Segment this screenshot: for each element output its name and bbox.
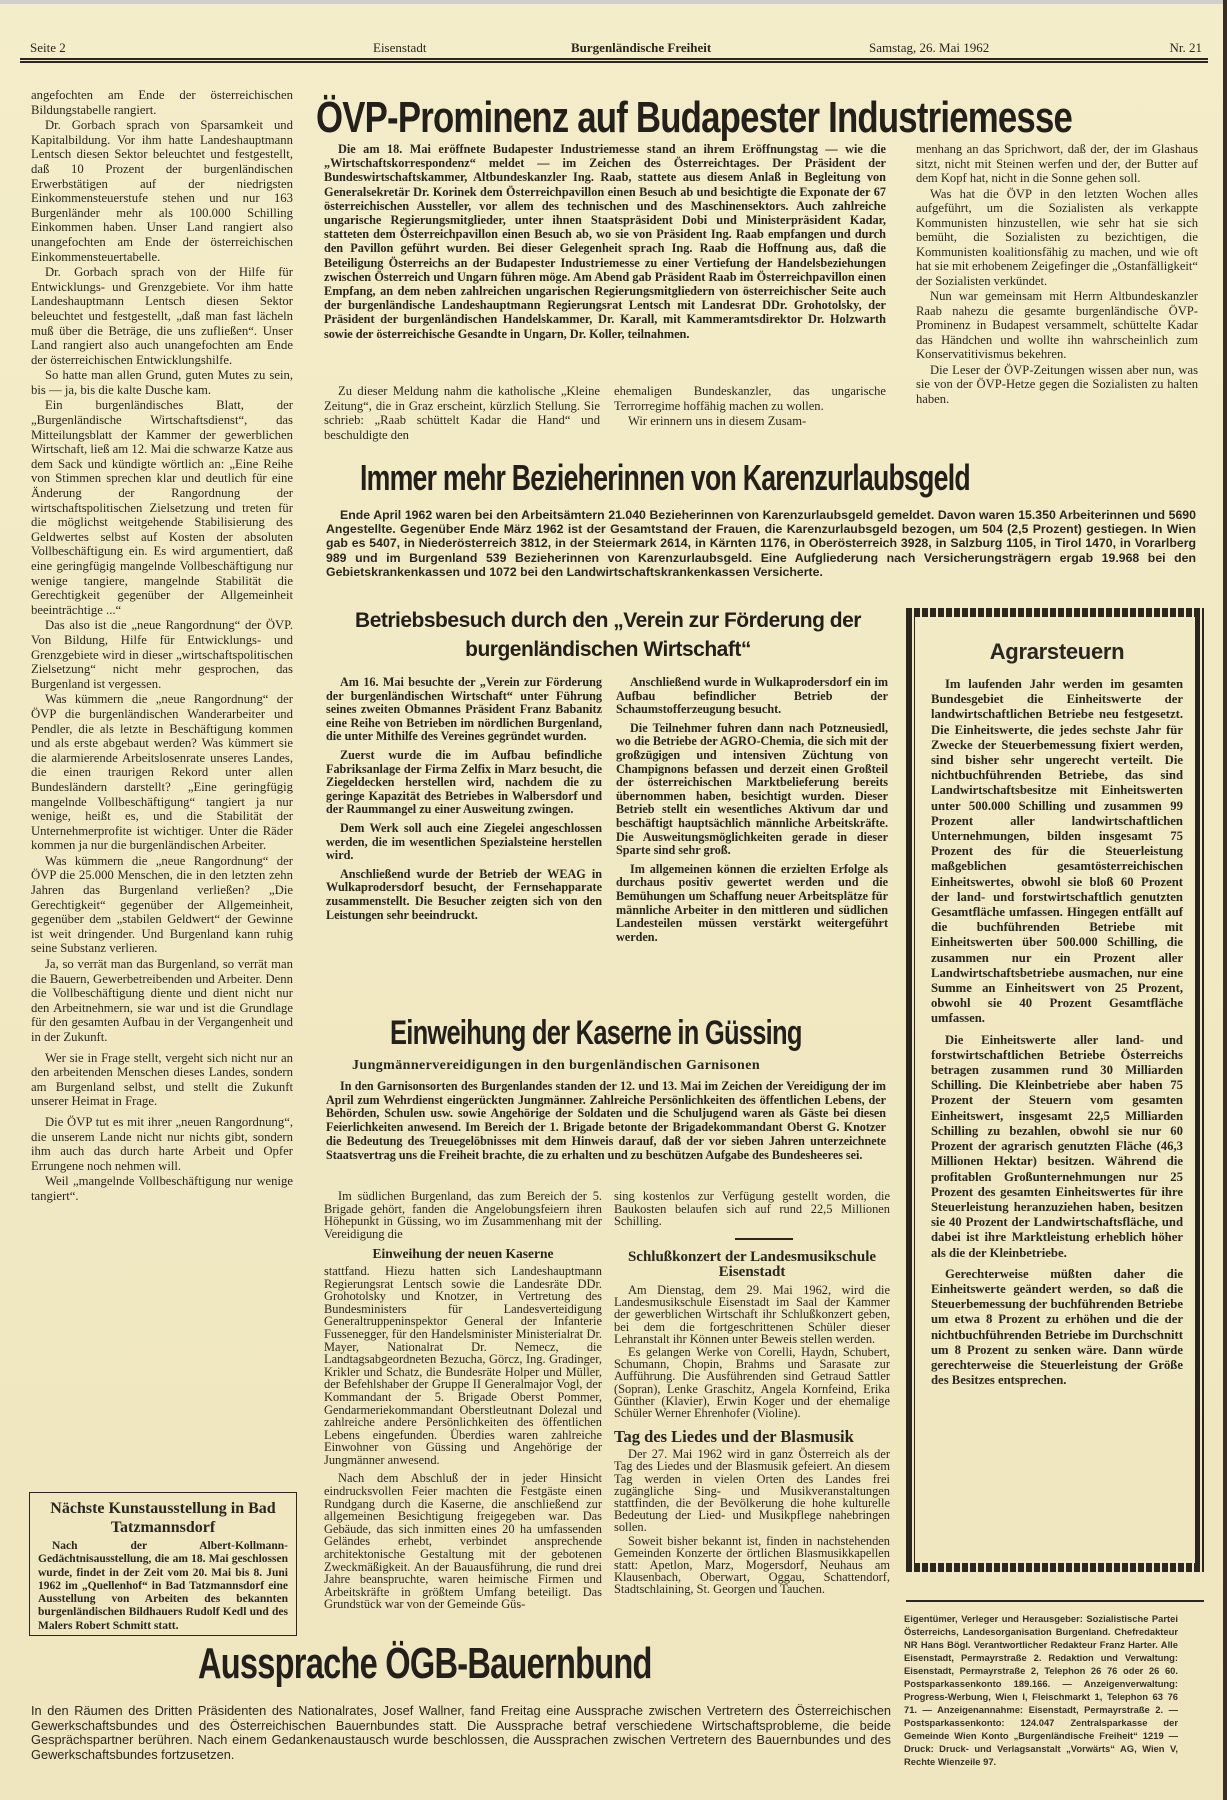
paragraph: Wir erinnern uns in diesem Zusam- (614, 414, 886, 429)
kunstausstellung-box: Nächste Kunstausstellung in Bad Tatzmann… (29, 1492, 297, 1636)
issue-number: Nr. 21 (1170, 40, 1203, 56)
separator-rule (735, 1238, 793, 1240)
paragraph: Dr. Gorbach sprach von der Hilfe für Ent… (31, 265, 293, 367)
paragraph: Soweit bisher bekannt ist, finden in nac… (614, 1535, 890, 1596)
impressum-text: Eigentümer, Verleger und Herausgeber: So… (904, 1612, 1178, 1768)
paragraph: Was hat die ÖVP in den letzten Wochen al… (916, 187, 1198, 289)
masthead: Seite 2 Eisenstadt Burgenländische Freih… (30, 40, 1202, 60)
konzert-and-lied-column: Schlußkonzert der Landesmusikschule Eise… (614, 1250, 890, 1597)
headline-tag-des-liedes: Tag des Liedes und der Blasmusik (614, 1429, 890, 1444)
paragraph: Es gelangen Werke von Corelli, Haydn, Sc… (614, 1346, 890, 1419)
paragraph: stattfand. Hiezu hatten sich Landeshaupt… (324, 1265, 602, 1467)
scan-right-edge (1223, 0, 1227, 1800)
newspaper-page: Seite 2 Eisenstadt Burgenländische Freih… (0, 0, 1227, 1800)
paragraph: Anschließend wurde in Wulkaprodersdorf e… (616, 676, 888, 717)
oevp-body-col2: ehemaligen Bundeskanzler, das ungarische… (614, 384, 886, 430)
paragraph: Ja, so verrät man das Burgenland, so ver… (31, 957, 293, 1045)
masthead-rule (20, 58, 1208, 63)
paragraph: Der 27. Mai 1962 wird in ganz Österreich… (614, 1448, 890, 1533)
paragraph: Nach dem Abschluß der in jeder Hinsicht … (324, 1472, 602, 1611)
kaserne-col1: Im südlichen Burgenland, das zum Bereich… (324, 1190, 602, 1612)
paragraph: Das also ist die „neue Rangordnung“ der … (31, 618, 293, 691)
box-headline: Nächste Kunstausstellung in Bad Tatzmann… (38, 1499, 288, 1537)
paragraph: In den Räumen des Dritten Präsidenten de… (31, 1704, 891, 1762)
paragraph: sing kostenlos zur Verfügung gestellt wo… (614, 1190, 890, 1228)
oegb-text: In den Räumen des Dritten Präsidenten de… (31, 1704, 891, 1763)
paragraph: Anschließend wurde der Betrieb der WEAG … (326, 868, 602, 922)
box-headline: Agrarsteuern (931, 639, 1183, 665)
subheading-neue-kaserne: Einweihung der neuen Kaserne (324, 1248, 602, 1261)
scan-top-edge (0, 0, 1227, 4)
paragraph: menhang an das Sprichwort, daß der, der … (916, 142, 1198, 186)
kaserne-lead: In den Garnisonsorten des Burgenlandes s… (326, 1080, 886, 1163)
headline-kaserne-guessing: Einweihung der Kaserne in Güssing (390, 1014, 802, 1052)
paragraph: Die ÖVP tut es mit ihrer „neuen Rangordn… (31, 1115, 293, 1173)
page-number: Seite 2 (30, 40, 66, 56)
oevp-body-col3: menhang an das Sprichwort, daß der, der … (916, 142, 1198, 407)
paragraph: Wer sie in Frage stellt, vergeht sich ni… (31, 1051, 293, 1109)
headline-karenzurlaubsgeld: Immer mehr Bezieherinnen von Karenzurlau… (360, 458, 970, 498)
issue-date: Samstag, 26. Mai 1962 (869, 40, 989, 56)
kaserne-col2: sing kostenlos zur Verfügung gestellt wo… (614, 1190, 890, 1229)
newspaper-name: Burgenländische Freiheit (571, 40, 711, 56)
paragraph: Im südlichen Burgenland, das zum Bereich… (324, 1190, 602, 1240)
agrar-text: Im laufenden Jahr werden im gesamten Bun… (931, 677, 1183, 1388)
impressum-rule (906, 1600, 1204, 1602)
impressum: Eigentümer, Verleger und Herausgeber: So… (904, 1612, 1178, 1769)
paragraph: Nun war gemeinsam mit Herrn Altbundeskan… (916, 289, 1198, 362)
subheadline-jungmaenner: Jungmännervereidigungen in den burgenlän… (352, 1058, 872, 1074)
paragraph: Ein burgenländisches Blatt, der „Burgenl… (31, 398, 293, 617)
paragraph: Im laufenden Jahr werden im gesamten Bun… (931, 677, 1183, 1027)
paragraph: So hatte man allen Grund, guten Mutes zu… (31, 368, 293, 397)
paragraph: Gerechterweise müßten daher die Einheits… (931, 1267, 1183, 1389)
paragraph: Dem Werk soll auch eine Ziegelei angesch… (326, 822, 602, 863)
masthead-city: Eisenstadt (373, 40, 426, 56)
paragraph: In den Garnisonsorten des Burgenlandes s… (326, 1080, 886, 1162)
betrieb-col2: Anschließend wurde in Wulkaprodersdorf e… (616, 676, 888, 949)
paragraph: ehemaligen Bundeskanzler, das ungarische… (614, 384, 886, 413)
paragraph: angefochten am Ende der österreichischen… (31, 88, 293, 117)
paragraph: Die Leser der ÖVP-Zeitungen wissen aber … (916, 363, 1198, 407)
paragraph: Dr. Gorbach sprach von Sparsamkeit und K… (31, 118, 293, 264)
headline-betriebsbesuch: Betriebsbesuch durch den „Verein zur För… (328, 606, 888, 664)
karenz-text: Ende April 1962 waren bei den Arbeitsämt… (326, 508, 1196, 580)
paragraph: Was kümmern die „neue Rangordnung“ der Ö… (31, 692, 293, 853)
headline-aussprache-oegb: Aussprache ÖGB-Bauernbund (198, 1640, 652, 1688)
paragraph: Zu dieser Meldung nahm die katholische „… (324, 384, 600, 442)
paragraph: Die Teilnehmer fuhren dann nach Potzneus… (616, 722, 888, 858)
box-text: Nach der Albert-Kollmann-Gedächtnisausst… (38, 1540, 288, 1633)
agrarsteuern-box: Agrarsteuern Im laufenden Jahr werden im… (906, 608, 1204, 1572)
betrieb-col1: Am 16. Mai besuchte der „Verein zur Förd… (326, 676, 602, 927)
paragraph: Im allgemeinen können die erzielten Erfo… (616, 863, 888, 945)
headline-schlusskonzert: Schlußkonzert der Landesmusikschule Eise… (614, 1250, 890, 1280)
paragraph: Zuerst wurde die im Aufbau befindliche F… (326, 749, 602, 817)
oevp-body-col1: Zu dieser Meldung nahm die katholische „… (324, 384, 600, 443)
paragraph: Die Einheitswerte aller land- und forstw… (931, 1033, 1183, 1261)
left-column-article: angefochten am Ende der österreichischen… (31, 88, 293, 1205)
paragraph: Ende April 1962 waren bei den Arbeitsämt… (326, 508, 1196, 579)
paragraph: Die am 18. Mai eröffnete Budapester Indu… (324, 142, 886, 341)
paragraph: Weil „mangelnde Vollbeschäftigung nur we… (31, 1174, 293, 1203)
paragraph: Was kümmern die „neue Rangordnung“ der Ö… (31, 854, 293, 956)
oevp-lead-text: Die am 18. Mai eröffnete Budapester Indu… (324, 142, 886, 342)
headline-oevp-prominenz: ÖVP-Prominenz auf Budapester Industrieme… (316, 94, 1072, 142)
paragraph: Am 16. Mai besuchte der „Verein zur Förd… (326, 676, 602, 744)
paragraph: Am Dienstag, dem 29. Mai 1962, wird die … (614, 1284, 890, 1345)
